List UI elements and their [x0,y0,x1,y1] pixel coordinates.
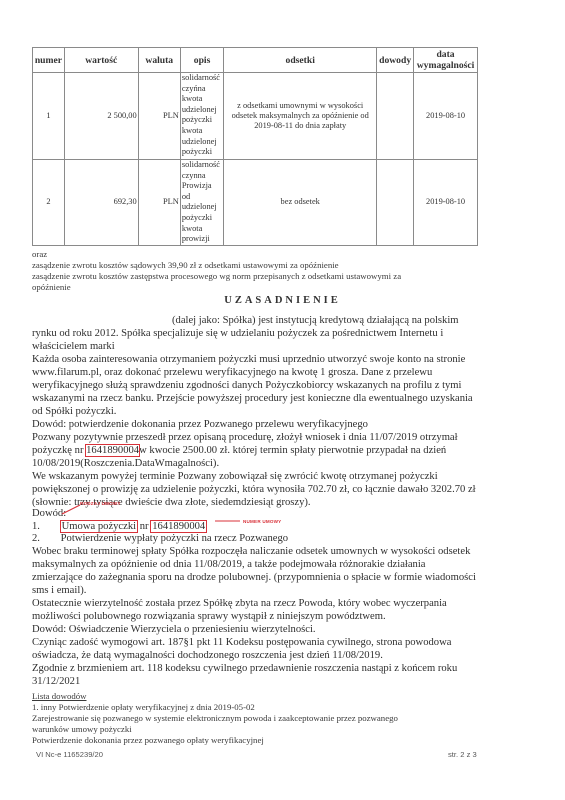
contract-number-label: NUMER UMOWY [243,519,281,524]
body-line: Zgodnie z brzmieniem art. 118 kodeksu cy… [32,662,457,675]
body-line: zmierzające do zażegnania sporu na drodz… [32,571,476,584]
body-line: Ostatecznie wierzytelność została przez … [32,597,447,610]
annotation-lines [0,0,565,800]
case-number: VI Nc-e 1165239/20 [36,750,103,759]
body-line: Wobec braku terminowej spłaty Spółka roz… [32,545,470,558]
body-line: maksymalnych za opóźnienie od dnia 11/08… [32,558,426,571]
evidence-list-item: 1. inny Potwierdzenie opłaty weryfikacyj… [32,702,255,713]
body-line: 31/12/2021 [32,675,80,688]
page-number: str. 2 z 3 [448,750,477,759]
body-line: oświadcza, że datą wymagalności dochodzo… [32,649,383,662]
contract-type-label: RODZAJ UMOWY [80,501,121,506]
body-line: sms i email). [32,584,86,597]
body-line: możliwości polubownego rozwiązania spraw… [32,610,386,623]
body-line: Dowód: Oświadczenie Wierzyciela o przeni… [32,623,316,636]
body-line: Czyniąc zadość wymogowi art. 187§1 pkt 1… [32,636,451,649]
evidence-list-title: Lista dowodów [32,691,87,702]
evidence-list-item: Potwierdzenie dokonania przez pozwanego … [32,735,264,746]
evidence-list-item: Zarejestrowanie się pozwanego w systemie… [32,713,398,724]
evidence-list-item: warunków umowy pożyczki [32,724,132,735]
